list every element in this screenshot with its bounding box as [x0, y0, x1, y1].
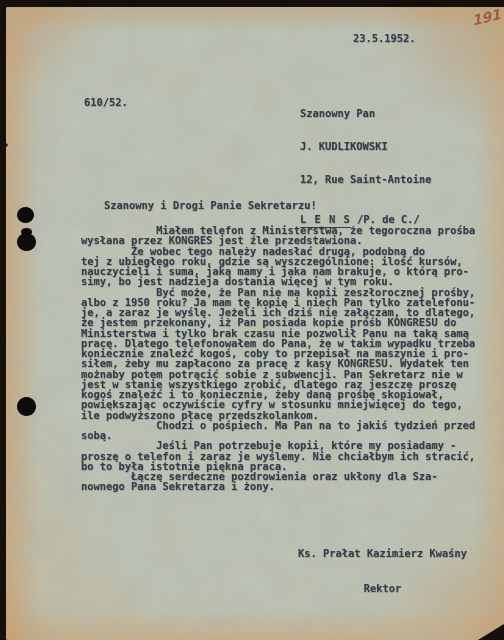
signature-name: Ks. Prałat Kazimierz Kwaśny [298, 549, 467, 560]
hole-punch [17, 397, 36, 416]
signature-block: Ks. Prałat Kazimierz Kwaśny Rektor [298, 527, 467, 617]
signature-title: Rektor [298, 584, 467, 595]
recipient-salutation: Szanowny Pan [300, 109, 431, 120]
letter-body: Miałem telefon z Ministerstwa, że tegoro… [81, 226, 475, 493]
recipient-address-block: Szanowny Pan J. KUDLIKOWSKI 12, Rue Sain… [300, 87, 431, 248]
recipient-name: J. KUDLIKOWSKI [300, 142, 431, 153]
recipient-street: 12, Rue Saint-Antoine [300, 175, 431, 186]
letter-greeting: Szanowny i Drogi Panie Sekretarzu! [104, 201, 317, 212]
scanned-letter: 191 23.5.1952. 610/52. Szanowny Pan J. K… [0, 0, 504, 640]
hole-punch [17, 233, 36, 251]
reference-number: 610/52. [84, 98, 128, 109]
letter-date: 23.5.1952. [353, 34, 416, 45]
hole-punch [17, 207, 34, 223]
